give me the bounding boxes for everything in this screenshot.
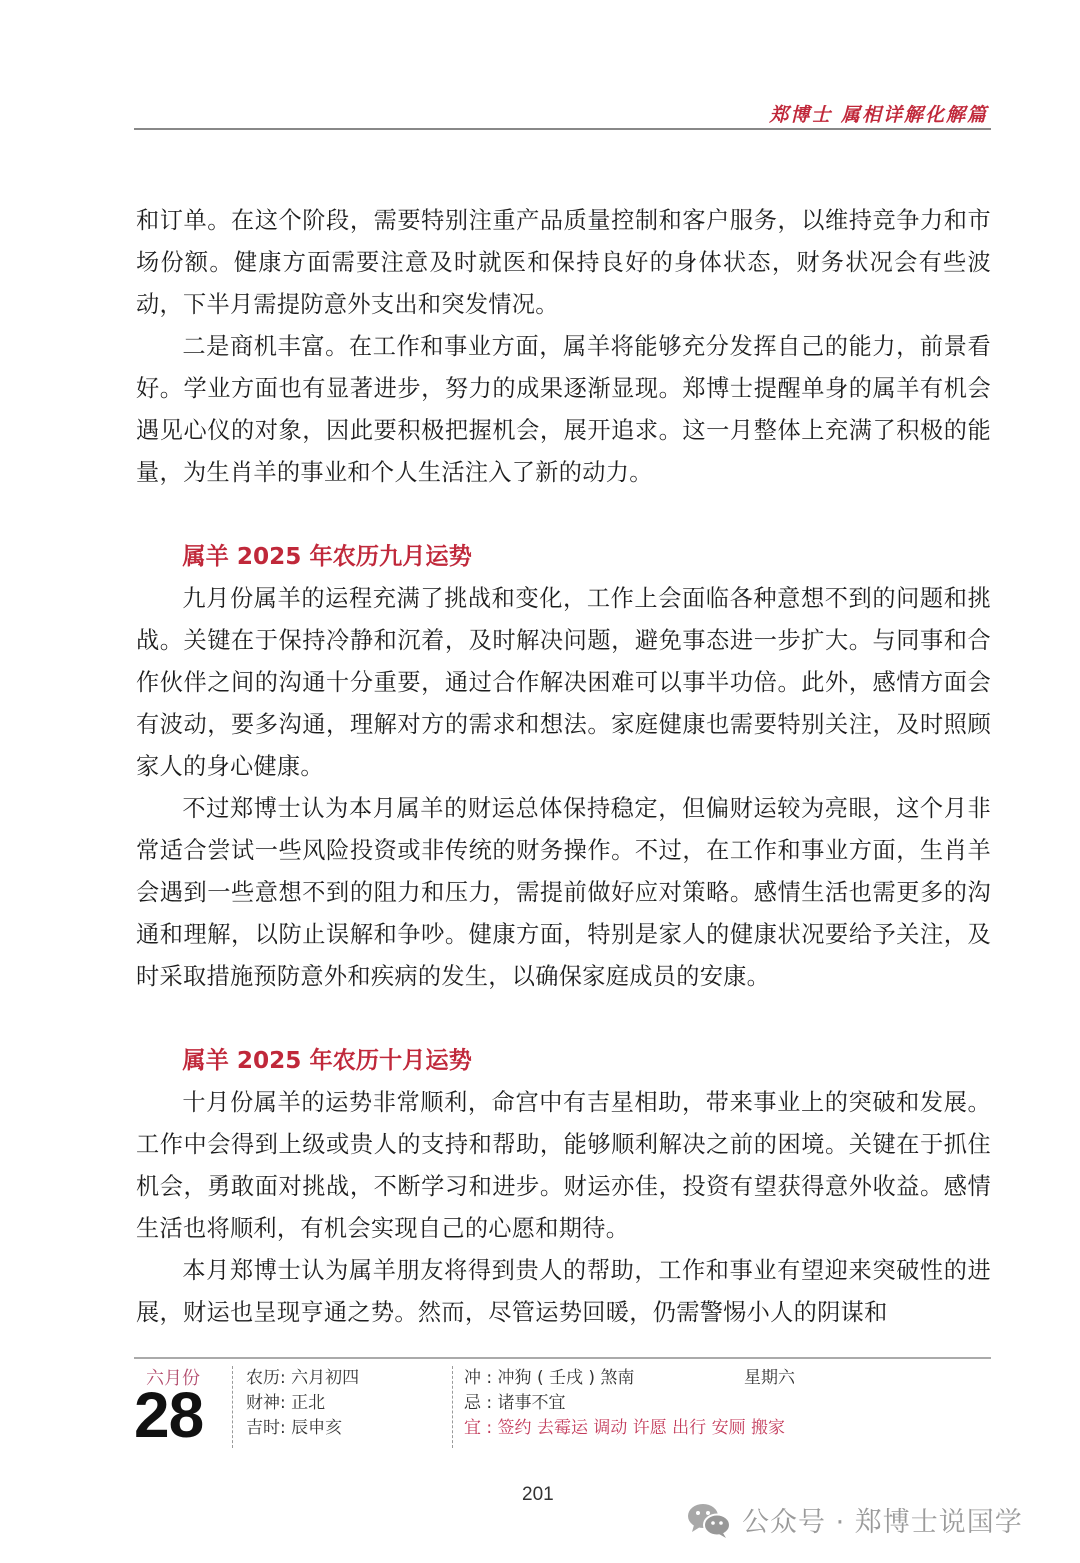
calendar-strip: 六月份 28 农历: 六月初四 财神: 正北 吉时: 辰申亥 冲 : 冲狗 ( … bbox=[134, 1362, 994, 1452]
body-paragraph: 和订单。在这个阶段，需要特别注重产品质量控制和客户服务，以维持竞争力和市场份额。… bbox=[136, 200, 991, 326]
footer-divider bbox=[134, 1357, 991, 1359]
lucky-hours-value: 辰申亥 bbox=[291, 1418, 342, 1438]
calendar-weekday: 星期六 bbox=[744, 1366, 795, 1391]
wechat-icon bbox=[686, 1501, 732, 1539]
section-title-october: 属羊 2025 年农历十月运势 bbox=[136, 1040, 991, 1082]
body-paragraph: 本月郑博士认为属羊朋友将得到贵人的帮助，工作和事业有望迎来突破性的进展，财运也呈… bbox=[136, 1250, 991, 1334]
header-divider bbox=[134, 128, 991, 130]
body-paragraph: 九月份属羊的运程充满了挑战和变化，工作上会面临各种意想不到的问题和挑战。关键在于… bbox=[136, 578, 991, 788]
watermark-text: 公众号 · 郑博士说国学 bbox=[742, 1500, 1023, 1539]
avoid-value: 诸事不宜 bbox=[498, 1393, 566, 1413]
lunar-value: 六月初四 bbox=[291, 1368, 359, 1388]
body-paragraph: 不过郑博士认为本月属羊的财运总体保持稳定，但偏财运较为亮眼，这个月非常适合尝试一… bbox=[136, 788, 991, 998]
page-number: 201 bbox=[522, 1484, 554, 1506]
clash-label: 冲 : bbox=[464, 1366, 492, 1391]
calendar-col-omens: 冲 : 冲狗 ( 壬戌 ) 煞南 忌 : 诸事不宜 宜 : 签约 去霉运 调动 … bbox=[464, 1366, 785, 1441]
suitable-value: 签约 去霉运 调动 许愿 出行 安厕 搬家 bbox=[498, 1418, 785, 1438]
section-title-september: 属羊 2025 年农历九月运势 bbox=[136, 536, 991, 578]
body-paragraph: 十月份属羊的运势非常顺利，命宫中有吉星相助，带来事业上的突破和发展。工作中会得到… bbox=[136, 1082, 991, 1250]
dashed-divider bbox=[232, 1366, 233, 1448]
running-header-title: 郑博士 属相详解化解篇 bbox=[769, 100, 988, 127]
clash-value: 冲狗 ( 壬戌 ) 煞南 bbox=[498, 1368, 635, 1388]
body-paragraph: 二是商机丰富。在工作和事业方面，属羊将能够充分发挥自己的能力，前景看好。学业方面… bbox=[136, 326, 991, 494]
page-body: 和订单。在这个阶段，需要特别注重产品质量控制和客户服务，以维持竞争力和市场份额。… bbox=[136, 200, 991, 1334]
wealth-god-value: 正北 bbox=[291, 1393, 325, 1413]
avoid-label: 忌 : bbox=[464, 1391, 492, 1416]
lunar-label: 农历: bbox=[246, 1366, 286, 1391]
calendar-day: 28 bbox=[134, 1380, 203, 1450]
suitable-label: 宜 : bbox=[464, 1416, 492, 1441]
calendar-col-lunar: 农历: 六月初四 财神: 正北 吉时: 辰申亥 bbox=[246, 1366, 359, 1441]
dashed-divider bbox=[452, 1366, 453, 1448]
wealth-god-label: 财神: bbox=[246, 1391, 286, 1416]
wechat-watermark: 公众号 · 郑博士说国学 bbox=[686, 1500, 1023, 1539]
lucky-hours-label: 吉时: bbox=[246, 1416, 286, 1441]
